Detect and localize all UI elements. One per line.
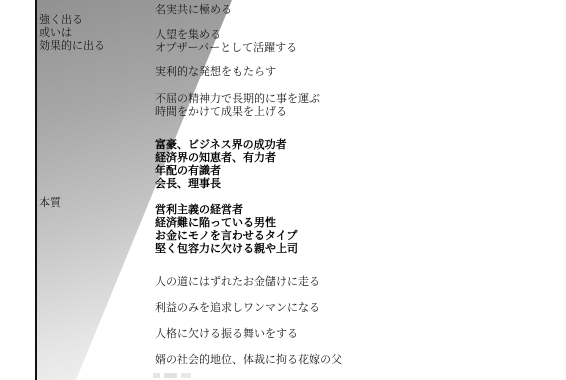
content-line: 名実共に極める [155, 3, 342, 16]
content-group: 不屈の精神力で長期的に事を運ぶ時間をかけて成果を上げる [155, 92, 342, 118]
content-line: 堅く包容力に欠ける親や上司 [155, 242, 342, 255]
content-line: 不屈の精神力で長期的に事を運ぶ [155, 92, 342, 105]
clipped-text-remnant [153, 373, 199, 378]
left-label-intensity: 強く出る或いは効果的に出る [39, 13, 105, 52]
left-label-line: 強く出る [39, 13, 105, 26]
content-line: 時間をかけて成果を上げる [155, 105, 342, 118]
left-label-essence: 本質 [39, 196, 61, 209]
vertical-divider-line [35, 0, 37, 380]
content-group: 実利的な発想をもたらす [155, 65, 342, 78]
content-group: 人の道にはずれたお金儲けに走る [155, 275, 342, 288]
content-group: 営利主義の経営者経済難に陥っている男性お金にモノを言わせるタイプ堅く包容力に欠け… [155, 203, 342, 255]
content-line: 経済界の知恵者、有力者 [155, 151, 342, 164]
content-line: 富豪、ビジネス界の成功者 [155, 138, 342, 151]
content-group: 利益のみを追求しワンマンになる [155, 301, 342, 314]
content-group: 婿の社会的地位、体裁に拘る花嫁の父 [155, 353, 342, 366]
content-line: 年配の有識者 [155, 164, 342, 177]
content-line: 利益のみを追求しワンマンになる [155, 301, 342, 314]
content-line: 婿の社会的地位、体裁に拘る花嫁の父 [155, 353, 342, 366]
content-line: 会長、理事長 [155, 177, 342, 190]
content-line: 営利主義の経営者 [155, 203, 342, 216]
content-column: 名実共に極める人望を集めるオブザーバーとして活躍する実利的な発想をもたらす不屈の… [155, 3, 342, 366]
content-line: お金にモノを言わせるタイプ [155, 229, 342, 242]
content-line: 実利的な発想をもたらす [155, 65, 342, 78]
content-line: 人望を集める [155, 28, 342, 41]
content-line: 人格に欠ける振る舞いをする [155, 327, 342, 340]
content-line: オブザーバーとして活躍する [155, 41, 342, 54]
content-group: 富豪、ビジネス界の成功者経済界の知恵者、有力者年配の有識者会長、理事長 [155, 138, 342, 190]
content-group: 名実共に極める [155, 3, 342, 16]
left-label-line: 効果的に出る [39, 39, 105, 52]
document-page: 強く出る或いは効果的に出る 本質 名実共に極める人望を集めるオブザーバーとして活… [0, 0, 566, 380]
content-group: 人格に欠ける振る舞いをする [155, 327, 342, 340]
content-line: 人の道にはずれたお金儲けに走る [155, 275, 342, 288]
content-line: 経済難に陥っている男性 [155, 216, 342, 229]
content-group: 人望を集めるオブザーバーとして活躍する [155, 28, 342, 54]
left-label-line: 或いは [39, 26, 105, 39]
